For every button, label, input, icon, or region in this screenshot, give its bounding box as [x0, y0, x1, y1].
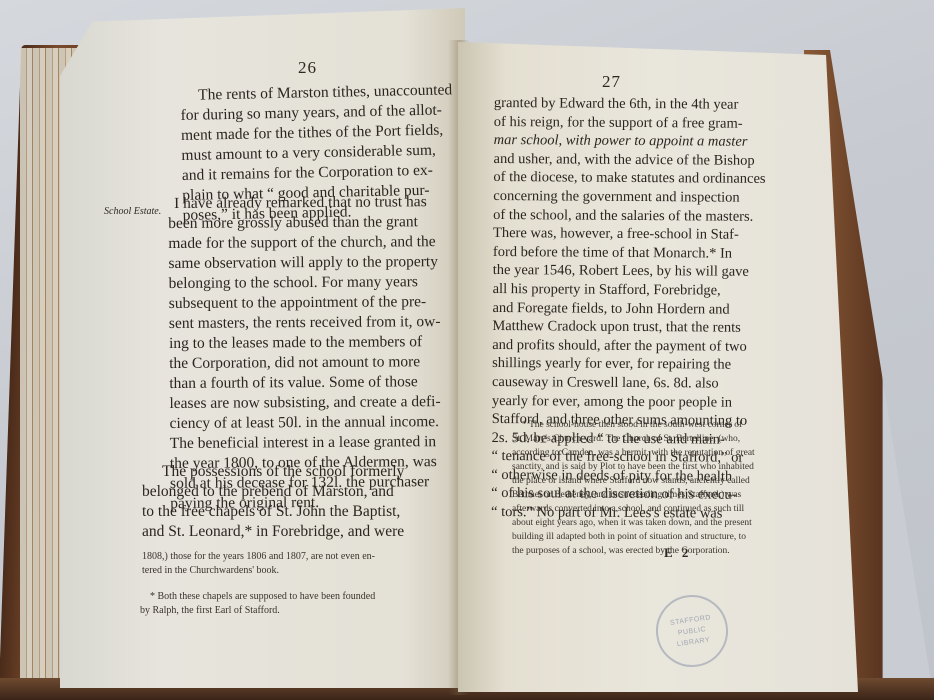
right-footnote: * The school-house then stood in the sou…: [512, 418, 812, 558]
left-footnote-continued: 1808,) those for the years 1806 and 1807…: [142, 550, 452, 578]
left-footnote: * Both these chapels are supposed to hav…: [140, 590, 450, 618]
signature-mark: E 2: [664, 545, 691, 561]
right-page-number: 27: [602, 72, 621, 92]
margin-note-school-estate: School Estate.: [104, 206, 161, 217]
left-paragraph-3: The possessions of the school formerly b…: [142, 462, 452, 542]
left-page-number: 26: [298, 58, 317, 78]
